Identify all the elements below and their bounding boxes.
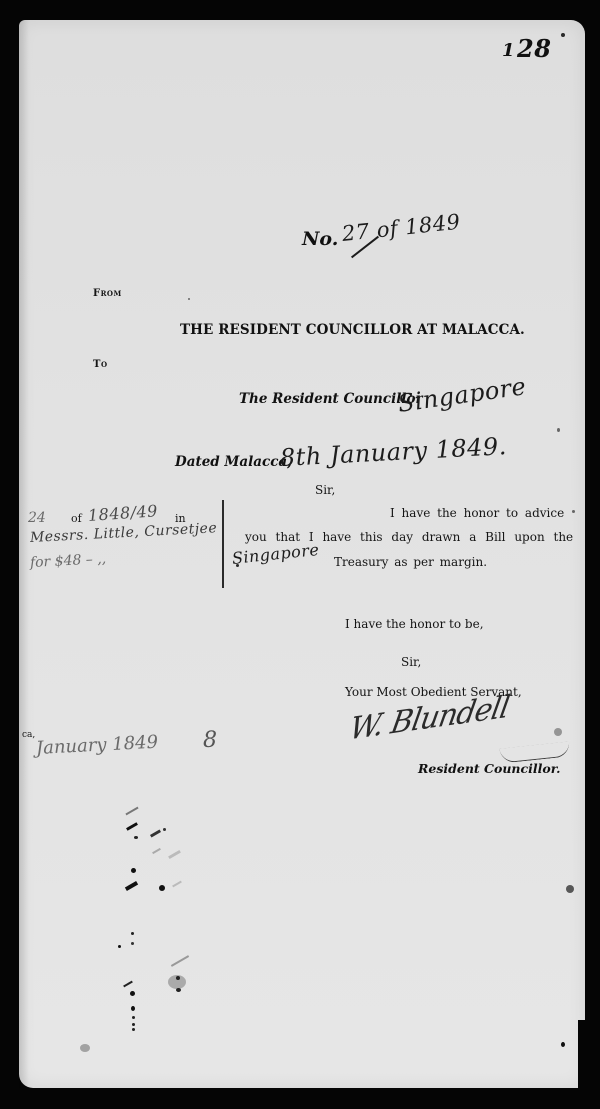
body-line-1: I have the honor to advice — [390, 506, 564, 520]
margin-divider — [222, 500, 224, 588]
to-label: To — [93, 359, 108, 370]
paper-edge-shadow — [19, 20, 29, 1088]
margin-date-prefix: ca, — [22, 730, 35, 740]
letter-number-label: No. — [302, 228, 338, 250]
closing-line-2: Sir, — [401, 655, 421, 669]
body-line-3-printed: Treasury as per margin. — [334, 555, 487, 569]
ink-spot — [561, 1042, 565, 1047]
signatory-title: Resident Councillor. — [418, 761, 560, 776]
margin-date-mark: 8 — [203, 728, 218, 753]
ink-spot — [554, 728, 562, 736]
ink-spot — [188, 298, 190, 300]
ink-spot — [572, 510, 575, 513]
ink-spot — [561, 33, 565, 37]
dated-label: Dated Malacca, — [175, 454, 292, 470]
salutation: Sir, — [315, 483, 335, 497]
sender: THE RESIDENT COUNCILLOR AT MALACCA. — [180, 322, 525, 338]
page-mark: 1 — [502, 40, 515, 61]
document-scan: 1 28 No. 27 of 1849 From THE RESIDENT CO… — [0, 0, 600, 1109]
page-number: 28 — [517, 34, 551, 63]
margin-note-of: of — [71, 512, 82, 525]
margin-note-number: 24 — [28, 510, 46, 526]
closing-line-1: I have the honor to be, — [345, 617, 484, 631]
ink-spot — [557, 428, 560, 432]
paper-torn-edge — [578, 1020, 590, 1090]
from-label: From — [93, 288, 122, 299]
recipient-printed: The Resident Councillor — [239, 391, 423, 407]
ink-spot — [566, 885, 574, 893]
